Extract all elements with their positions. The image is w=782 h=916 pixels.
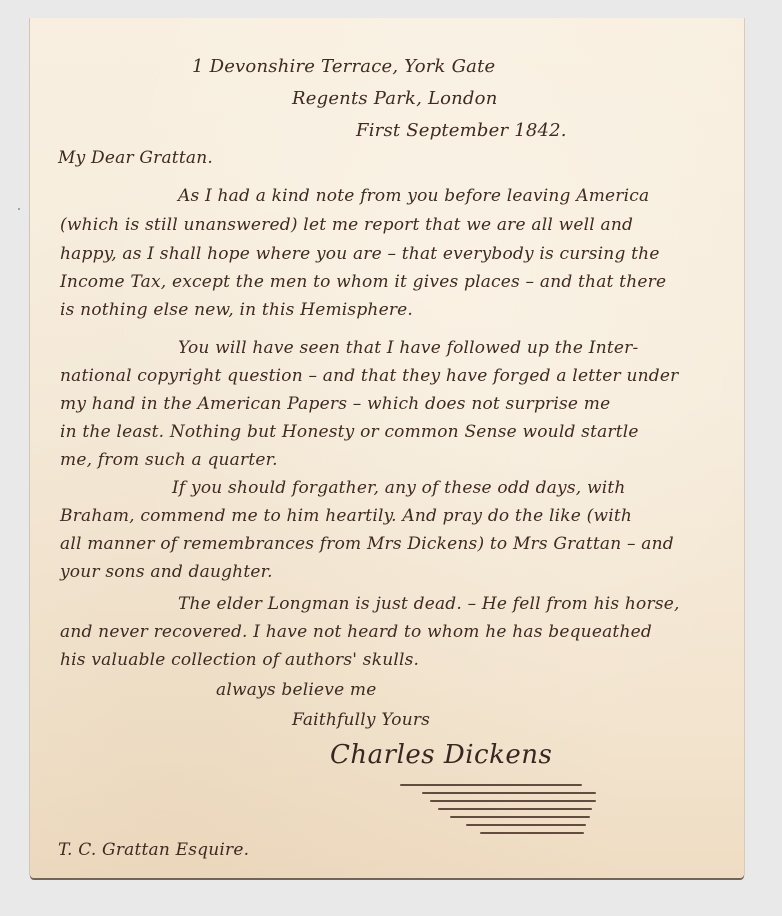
address-line-1: 1 Devonshire Terrace, York Gate [192, 58, 495, 76]
body-line: You will have seen that I have followed … [178, 340, 638, 357]
body-line: Income Tax, except the men to whom it gi… [60, 274, 666, 291]
body-line: Braham, commend me to him heartily. And … [60, 508, 632, 525]
body-line: As I had a kind note from you before lea… [178, 188, 649, 205]
address-line-2: Regents Park, London [292, 90, 498, 108]
stray-mark [18, 208, 20, 210]
closing-line-1: always believe me [216, 682, 377, 699]
body-line: my hand in the American Papers – which d… [60, 396, 610, 413]
salutation: My Dear Grattan. [58, 150, 213, 167]
body-line: me, from such a quarter. [60, 452, 278, 469]
body-line: happy, as I shall hope where you are – t… [60, 246, 660, 263]
body-line: The elder Longman is just dead. – He fel… [178, 596, 680, 613]
letter-date: First September 1842. [356, 122, 567, 140]
closing-line-2: Faithfully Yours [292, 712, 430, 729]
body-line: is nothing else new, in this Hemisphere. [60, 302, 413, 319]
body-line: your sons and daughter. [60, 564, 273, 581]
body-line: national copyright question – and that t… [60, 368, 678, 385]
letter-paper: 1 Devonshire Terrace, York Gate Regents … [30, 18, 744, 878]
addressee: T. C. Grattan Esquire. [58, 842, 249, 859]
signature: Charles Dickens [330, 742, 552, 768]
body-line: (which is still unanswered) let me repor… [60, 217, 633, 234]
body-line: and never recovered. I have not heard to… [60, 624, 652, 641]
body-line: his valuable collection of authors' skul… [60, 652, 419, 669]
body-line: in the least. Nothing but Honesty or com… [60, 424, 639, 441]
body-line: If you should forgather, any of these od… [172, 480, 626, 497]
body-line: all manner of remembrances from Mrs Dick… [60, 536, 674, 553]
